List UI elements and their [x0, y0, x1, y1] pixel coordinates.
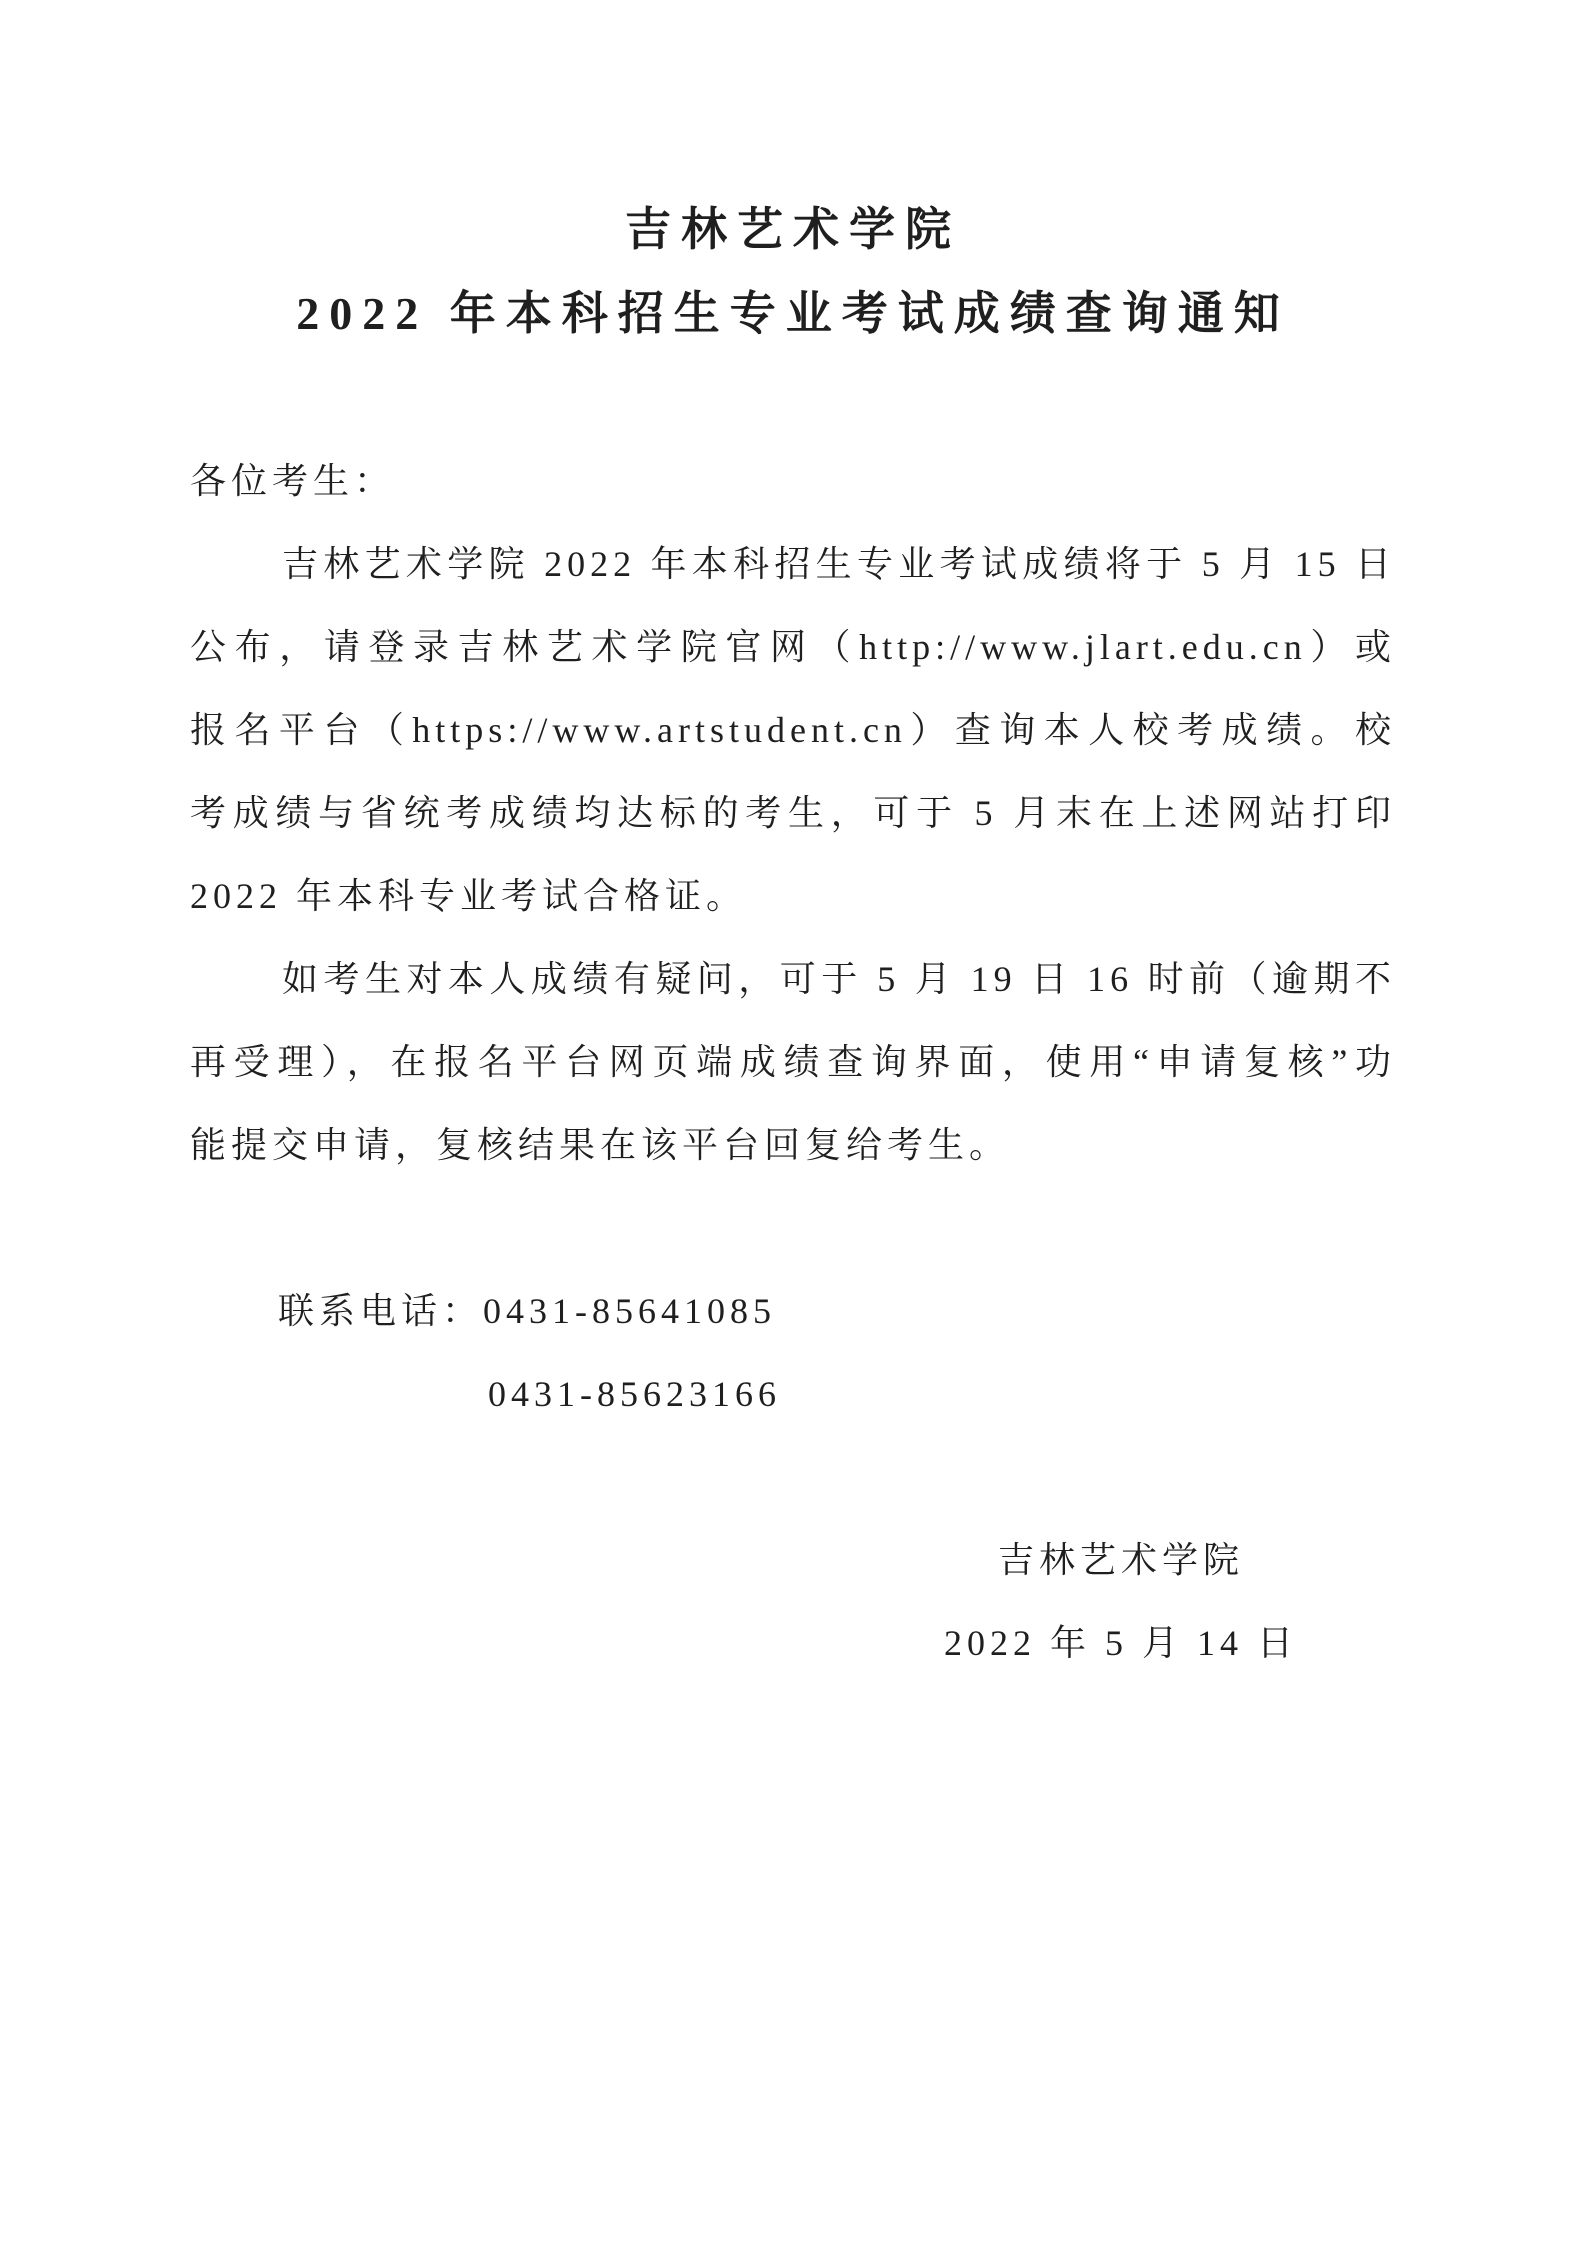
paragraph-1: 吉林艺术学院 2022 年本科招生专业考试成绩将于 5 月 15 日 公布，请登… [190, 523, 1396, 938]
paragraph2-line: 能提交申请，复核结果在该平台回复给考生。 [190, 1104, 1396, 1187]
contact-block: 联系电话：0431-85641085 0431-85623166 [190, 1270, 1396, 1436]
contact-phone-line-1: 联系电话：0431-85641085 [190, 1270, 1396, 1353]
paragraph1-line: 考成绩与省统考成绩均达标的考生，可于 5 月末在上述网站打印 [190, 772, 1396, 855]
document-title-subject: 2022 年本科招生专业考试成绩查询通知 [190, 272, 1396, 356]
paragraph1-line: 2022 年本科专业考试合格证。 [190, 855, 1396, 938]
salutation: 各位考生： [190, 440, 1396, 523]
paragraph1-line: 吉林艺术学院 2022 年本科招生专业考试成绩将于 5 月 15 日 [190, 523, 1396, 606]
document-title-block: 吉林艺术学院 2022 年本科招生专业考试成绩查询通知 [190, 188, 1396, 356]
paragraph1-line: 公布，请登录吉林艺术学院官网（http://www.jlart.edu.cn）或 [190, 606, 1396, 689]
paragraph-2: 如考生对本人成绩有疑问，可于 5 月 19 日 16 时前（逾期不 再受理），在… [190, 938, 1396, 1187]
paragraph1-line: 报名平台（https://www.artstudent.cn）查询本人校考成绩。… [190, 689, 1396, 772]
document-body: 各位考生： 吉林艺术学院 2022 年本科招生专业考试成绩将于 5 月 15 日… [190, 440, 1396, 1685]
paragraph2-line: 如考生对本人成绩有疑问，可于 5 月 19 日 16 时前（逾期不 [190, 938, 1396, 1021]
contact-phone-line-2: 0431-85623166 [190, 1353, 1396, 1436]
signature-block: 吉林艺术学院 2022 年 5 月 14 日 [871, 1519, 1371, 1685]
paragraph2-line: 再受理），在报名平台网页端成绩查询界面，使用“申请复核”功 [190, 1021, 1396, 1104]
notice-document-page: 吉林艺术学院 2022 年本科招生专业考试成绩查询通知 各位考生： 吉林艺术学院… [0, 0, 1586, 2245]
document-title-org: 吉林艺术学院 [190, 188, 1396, 272]
signature-date: 2022 年 5 月 14 日 [871, 1602, 1371, 1685]
signature-org: 吉林艺术学院 [871, 1519, 1371, 1602]
